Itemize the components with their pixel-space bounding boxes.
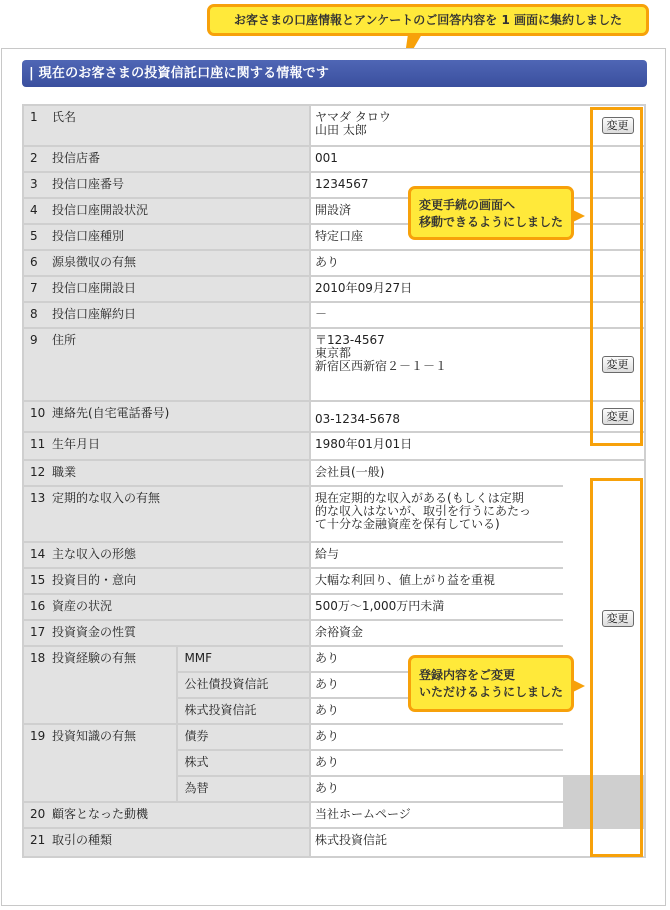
row-value-line: て十分な金融資産を保有している) (315, 518, 559, 531)
row-number: 6 (30, 256, 52, 269)
row-label: 投信口座開設日 (52, 281, 136, 295)
table-row-address: 9住所 〒123-4567 東京都 新宿区西新宿２－１－１ 変更 (24, 329, 644, 402)
row-number: 5 (30, 230, 52, 243)
row-value: 2010年09月27日 (311, 277, 591, 303)
phone-value: 03-1234-5678 (311, 402, 591, 433)
row-label: 連絡先(自宅電話番号) (52, 406, 169, 420)
row-number: 3 (30, 178, 52, 191)
table-row: 13定期的な収入の有無現在定期的な収入がある(もしくは定期的な収入はないが、取引… (24, 487, 644, 543)
row-number: 9 (30, 334, 52, 347)
row-label: 投信店番 (52, 151, 100, 165)
change-address-button[interactable]: 変更 (602, 356, 634, 373)
row-value: 会社員(一般) (311, 461, 563, 487)
row-value: 給与 (311, 543, 563, 569)
row-value: － (311, 303, 591, 329)
table-row: 2投信店番001 (24, 147, 644, 173)
table-row: 17投資資金の性質余裕資金 (24, 621, 644, 647)
callout-text: いただけるようにしました (419, 684, 571, 701)
table-row: 12職業会社員(一般)変更 (24, 461, 644, 487)
row-label: 投資目的・意向 (52, 573, 136, 587)
table-row-knowledge: 19投資知識の有無債券あり (24, 725, 644, 751)
callout-summary: お客さまの口座情報とアンケートのご回答内容を 1 画面に集約しました (207, 4, 649, 36)
row-number: 7 (30, 282, 52, 295)
row-value: 001 (311, 147, 591, 173)
table-row: 20顧客となった動機当社ホームページ (24, 803, 644, 829)
row-number: 2 (30, 152, 52, 165)
sub-label: 株式 (178, 751, 311, 777)
row-label: 顧客となった動機 (52, 807, 148, 821)
table-row: 6源泉徴収の有無あり (24, 251, 644, 277)
row-value: あり (311, 251, 591, 277)
row-number: 4 (30, 204, 52, 217)
section-title: | 現在のお客さまの投資信託口座に関する情報です (29, 66, 329, 81)
change-name-button[interactable]: 変更 (602, 117, 634, 134)
row-label: 投資資金の性質 (52, 625, 136, 639)
row-label: 職業 (52, 465, 76, 479)
row-number: 8 (30, 308, 52, 321)
birthdate-value: 1980年01月01日 (311, 433, 644, 461)
row-value: 株式投資信託 (311, 829, 644, 856)
callout-edit-registration: 登録内容をご変更 いただけるようにしました (408, 655, 574, 712)
table-row: 21取引の種類株式投資信託 (24, 829, 644, 856)
row-label: 住所 (52, 333, 76, 347)
callout-text: 登録内容をご変更 (419, 667, 571, 684)
table-row: 16資産の状況500万～1,000万円未満 (24, 595, 644, 621)
row-label: 源泉徴収の有無 (52, 255, 136, 269)
row-value: あり (311, 777, 563, 803)
row-label: 定期的な収入の有無 (52, 491, 160, 505)
row-number: 12 (30, 466, 52, 479)
table-row-name: 1氏名 ヤマダ タロウ 山田 太郎 変更 (24, 106, 644, 147)
row-number: 1 (30, 111, 52, 124)
row-label: 投信口座種別 (52, 229, 124, 243)
change-phone-button[interactable]: 変更 (602, 408, 634, 425)
row-label: 投信口座解約日 (52, 307, 136, 321)
callout-change-procedure-pointer (573, 210, 585, 222)
table-row: 7投信口座開設日2010年09月27日 (24, 277, 644, 303)
row-number: 21 (30, 834, 52, 847)
row-number: 19 (30, 730, 52, 743)
sub-label: 株式投資信託 (178, 699, 311, 725)
callout-summary-text: お客さまの口座情報とアンケートのご回答内容を 1 画面に集約しました (234, 13, 622, 27)
callout-text: 変更手続の画面へ (419, 197, 571, 214)
postal-code-value: 〒123-4567 (315, 334, 587, 347)
row-number: 14 (30, 548, 52, 561)
row-label: 取引の種類 (52, 833, 112, 847)
row-number: 16 (30, 600, 52, 613)
table-row: 8投信口座解約日－ (24, 303, 644, 329)
row-number: 17 (30, 626, 52, 639)
address-value: 新宿区西新宿２－１－１ (315, 360, 587, 373)
row-value: 大幅な利回り、値上がり益を重視 (311, 569, 563, 595)
table-row: 11生年月日1980年01月01日 (24, 433, 644, 461)
row-label: 主な収入の形態 (52, 547, 136, 561)
callout-edit-registration-pointer (573, 680, 585, 692)
change-questionnaire-button[interactable]: 変更 (602, 610, 634, 627)
name-kanji-value: 山田 太郎 (315, 124, 587, 137)
sub-label: 公社債投資信託 (178, 673, 311, 699)
table-row: 15投資目的・意向大幅な利回り、値上がり益を重視 (24, 569, 644, 595)
row-label: 生年月日 (52, 437, 100, 451)
section-header: | 現在のお客さまの投資信託口座に関する情報です (22, 60, 647, 87)
callout-text: 移動できるようにしました (419, 214, 571, 231)
row-value: 当社ホームページ (311, 803, 563, 829)
row-number: 18 (30, 652, 52, 665)
row-label: 投信口座番号 (52, 177, 124, 191)
row-label: 投資知識の有無 (52, 729, 136, 743)
row-number: 10 (30, 407, 52, 420)
row-label: 投信口座開設状況 (52, 203, 148, 217)
row-number: 11 (30, 438, 52, 451)
table-row-phone: 10連絡先(自宅電話番号) 03-1234-5678 変更 (24, 402, 644, 433)
sub-label: 為替 (178, 777, 311, 803)
sub-label: 債券 (178, 725, 311, 751)
sub-label: MMF (178, 647, 311, 673)
row-label: 投資経験の有無 (52, 651, 136, 665)
row-number: 13 (30, 492, 52, 505)
row-value: あり (311, 725, 563, 751)
row-value: 500万～1,000万円未満 (311, 595, 563, 621)
row-number: 20 (30, 808, 52, 821)
row-value: 余裕資金 (311, 621, 563, 647)
row-label: 資産の状況 (52, 599, 112, 613)
table-row: 14主な収入の形態給与 (24, 543, 644, 569)
row-number: 15 (30, 574, 52, 587)
row-label: 氏名 (52, 110, 76, 124)
callout-change-procedure: 変更手続の画面へ 移動できるようにしました (408, 186, 574, 240)
row-value: あり (311, 751, 563, 777)
